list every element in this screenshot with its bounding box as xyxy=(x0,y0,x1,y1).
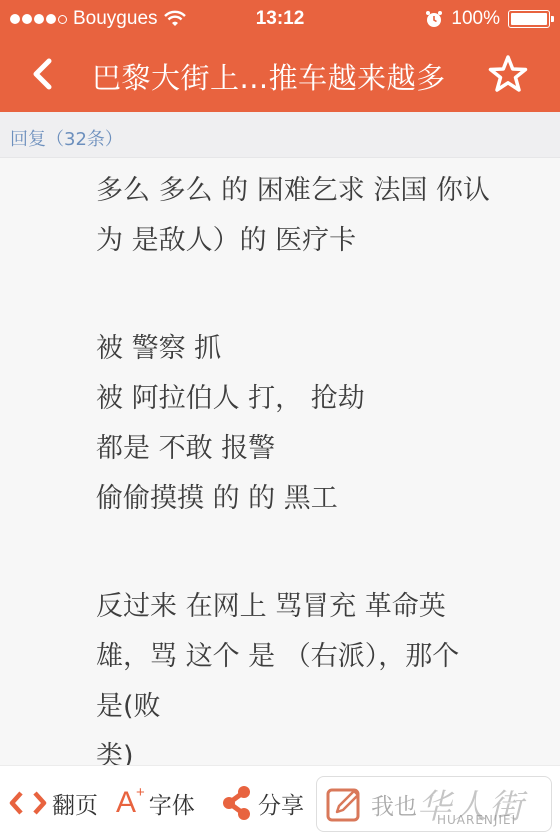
navigation-bar: 巴黎大街上...推车越来越多 xyxy=(0,40,560,112)
post-line: 被 阿拉伯人 打， 抢劫 xyxy=(96,374,516,424)
post-blank-line xyxy=(96,266,516,324)
bottom-toolbar: 翻页 A+ 字体 分享 我也 华人街 HUARENJIEI xyxy=(0,765,560,840)
share-button[interactable]: 分享 xyxy=(220,785,304,821)
battery-icon xyxy=(508,10,550,28)
edit-icon xyxy=(325,785,363,823)
watermark-text: 华人街 xyxy=(417,779,525,828)
font-size-label: 字体 xyxy=(149,787,195,820)
post-line: 雄，骂 这个 是 （右派），那个 xyxy=(96,632,516,682)
post-body: 多么 多么 的 困难乞求 法国 你认 为 是敌人）的 医疗卡 被 警察 抓 被 … xyxy=(96,166,516,765)
alarm-icon xyxy=(425,10,443,28)
watermark-subtext: HUARENJIEI xyxy=(437,813,516,827)
battery-percent: 100% xyxy=(451,8,500,30)
reply-count-bar: 回复（32条） xyxy=(0,112,560,158)
reply-placeholder: 我也 xyxy=(371,788,417,821)
post-blank-line xyxy=(96,524,516,582)
page-turn-label: 翻页 xyxy=(52,787,98,820)
favorite-button[interactable] xyxy=(486,52,530,96)
post-content: 多么 多么 的 困难乞求 法国 你认 为 是敌人）的 医疗卡 被 警察 抓 被 … xyxy=(0,158,560,765)
font-size-button[interactable]: A+ 字体 xyxy=(116,785,195,821)
post-line: 被 警察 抓 xyxy=(96,324,516,374)
status-right: 100% xyxy=(425,8,550,30)
code-brackets-icon xyxy=(8,790,48,816)
share-label: 分享 xyxy=(258,787,304,820)
chevron-left-icon xyxy=(29,57,55,91)
reply-input[interactable]: 我也 华人街 HUARENJIEI xyxy=(316,776,552,832)
share-icon xyxy=(220,785,254,821)
post-line: 多么 多么 的 困难乞求 法国 你认 xyxy=(96,166,516,216)
post-line: 偷偷摸摸 的 的 黑工 xyxy=(96,474,516,524)
post-line: 反过来 在网上 骂冒充 革命英 xyxy=(96,582,516,632)
page-turn-button[interactable]: 翻页 xyxy=(8,785,98,821)
font-size-icon: A+ xyxy=(116,788,145,818)
status-bar: Bouygues 13:12 100% xyxy=(0,0,560,40)
star-outline-icon xyxy=(488,54,528,94)
reply-count-link[interactable]: 回复（32条） xyxy=(10,125,123,151)
post-line: 类) xyxy=(96,732,516,765)
back-button[interactable] xyxy=(20,52,64,96)
post-line: 为 是敌人）的 医疗卡 xyxy=(96,216,516,266)
page-title: 巴黎大街上...推车越来越多 xyxy=(92,56,446,97)
post-line: 都是 不敢 报警 xyxy=(96,424,516,474)
post-line: 是(败 xyxy=(96,682,516,732)
